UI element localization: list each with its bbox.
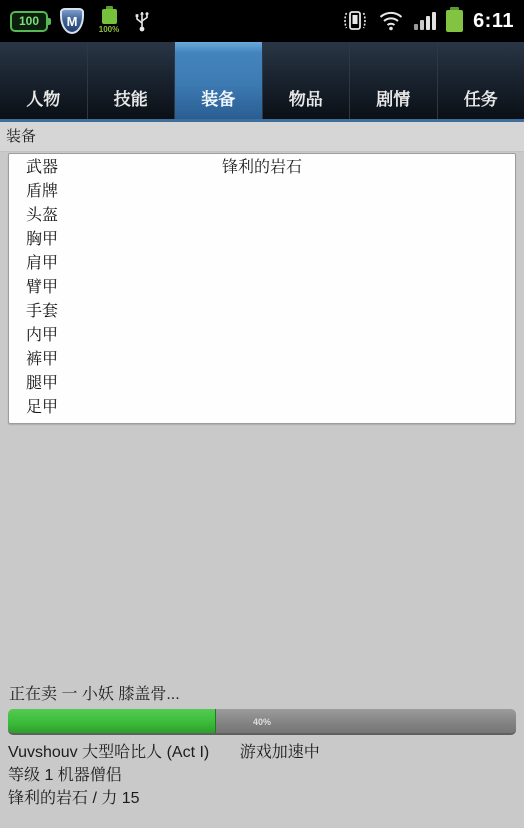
battery-widget-text: 100 bbox=[19, 14, 39, 28]
tab-character-label: 人物 bbox=[26, 85, 60, 110]
hero-level-line: 等级 1 机器僧侣 bbox=[8, 764, 516, 787]
equipment-row-weapon[interactable]: 武器 锋利的岩石 bbox=[9, 156, 515, 180]
tab-bar: 人物 技能 装备 物品 剧情 任务 bbox=[0, 42, 524, 122]
slot-name: 手套 bbox=[26, 303, 58, 320]
equipment-row-arm[interactable]: 臂甲 bbox=[9, 276, 515, 300]
slot-value: 锋利的岩石 bbox=[9, 156, 515, 180]
bottom-status-area: 正在卖 一 小妖 膝盖骨... 40% Vuvshouv 大型哈比人 (Act … bbox=[0, 681, 524, 828]
empty-area bbox=[0, 424, 524, 681]
tab-equipment[interactable]: 装备 bbox=[175, 42, 263, 119]
usb-icon bbox=[134, 9, 150, 33]
battery-cell bbox=[102, 9, 117, 24]
slot-name: 足甲 bbox=[26, 399, 58, 416]
battery-status-icon: 100% bbox=[96, 9, 122, 34]
tab-items[interactable]: 物品 bbox=[263, 42, 351, 119]
hero-weapon-line: 锋利的岩石 / 力 15 bbox=[8, 787, 516, 810]
slot-name: 腿甲 bbox=[26, 375, 58, 392]
antivirus-shield-icon: M bbox=[60, 8, 84, 34]
equipment-row-culottes[interactable]: 裤甲 bbox=[9, 348, 515, 372]
hero-name-line: Vuvshouv 大型哈比人 (Act I) 游戏加速中 bbox=[8, 741, 516, 764]
tab-character[interactable]: 人物 bbox=[0, 42, 88, 119]
equipment-row-gambeson[interactable]: 内甲 bbox=[9, 324, 515, 348]
tab-plot[interactable]: 剧情 bbox=[350, 42, 438, 119]
tab-skills-label: 技能 bbox=[114, 85, 148, 110]
character-info: Vuvshouv 大型哈比人 (Act I) 游戏加速中 等级 1 机器僧侣 锋… bbox=[8, 741, 516, 810]
tab-equipment-label: 装备 bbox=[201, 85, 235, 110]
action-progress-bar: 40% bbox=[8, 709, 516, 735]
hero-name-text: Vuvshouv 大型哈比人 (Act I) bbox=[8, 744, 209, 761]
slot-name: 盾牌 bbox=[26, 183, 58, 200]
antivirus-shield-letter: M bbox=[67, 14, 78, 29]
slot-name: 头盔 bbox=[26, 207, 58, 224]
battery-icon bbox=[446, 10, 463, 32]
current-action-text: 正在卖 一 小妖 膝盖骨... bbox=[8, 681, 516, 704]
battery-percent-label: 100% bbox=[99, 25, 119, 34]
equipment-row-sollerets[interactable]: 足甲 bbox=[9, 396, 515, 420]
equipment-row-helmet[interactable]: 头盔 bbox=[9, 204, 515, 228]
android-status-bar[interactable]: 100 M 100% bbox=[0, 0, 524, 42]
status-bar-left-icons: 100 M 100% bbox=[10, 8, 150, 34]
tab-skills[interactable]: 技能 bbox=[88, 42, 176, 119]
app-screen: 100 M 100% bbox=[0, 0, 524, 828]
tab-items-label: 物品 bbox=[289, 85, 323, 110]
equipment-row-chest[interactable]: 胸甲 bbox=[9, 228, 515, 252]
signal-strength-icon bbox=[414, 12, 436, 30]
tab-quests-label: 任务 bbox=[464, 85, 498, 110]
tab-quests[interactable]: 任务 bbox=[438, 42, 524, 119]
status-bar-clock: 6:11 bbox=[473, 10, 514, 33]
game-speed-status: 游戏加速中 bbox=[240, 744, 320, 761]
status-bar-right-icons: 6:11 bbox=[342, 9, 514, 33]
slot-name: 裤甲 bbox=[26, 351, 58, 368]
slot-name: 内甲 bbox=[26, 327, 58, 344]
slot-name: 武器 bbox=[26, 159, 58, 176]
progress-percent-label: 40% bbox=[8, 709, 516, 735]
slot-name: 胸甲 bbox=[26, 231, 58, 248]
vibrate-icon bbox=[342, 9, 368, 33]
equipment-row-greaves[interactable]: 腿甲 bbox=[9, 372, 515, 396]
battery-widget-icon: 100 bbox=[10, 11, 48, 32]
equipment-row-shield[interactable]: 盾牌 bbox=[9, 180, 515, 204]
equipment-row-gloves[interactable]: 手套 bbox=[9, 300, 515, 324]
wifi-icon bbox=[378, 10, 404, 32]
section-title: 装备 bbox=[0, 122, 524, 152]
slot-name: 臂甲 bbox=[26, 279, 58, 296]
equipment-row-shoulder[interactable]: 肩甲 bbox=[9, 252, 515, 276]
slot-name: 肩甲 bbox=[26, 255, 58, 272]
tab-plot-label: 剧情 bbox=[376, 85, 410, 110]
equipment-panel: 武器 锋利的岩石 盾牌 头盔 胸甲 肩甲 臂甲 手套 内甲 bbox=[8, 153, 516, 424]
